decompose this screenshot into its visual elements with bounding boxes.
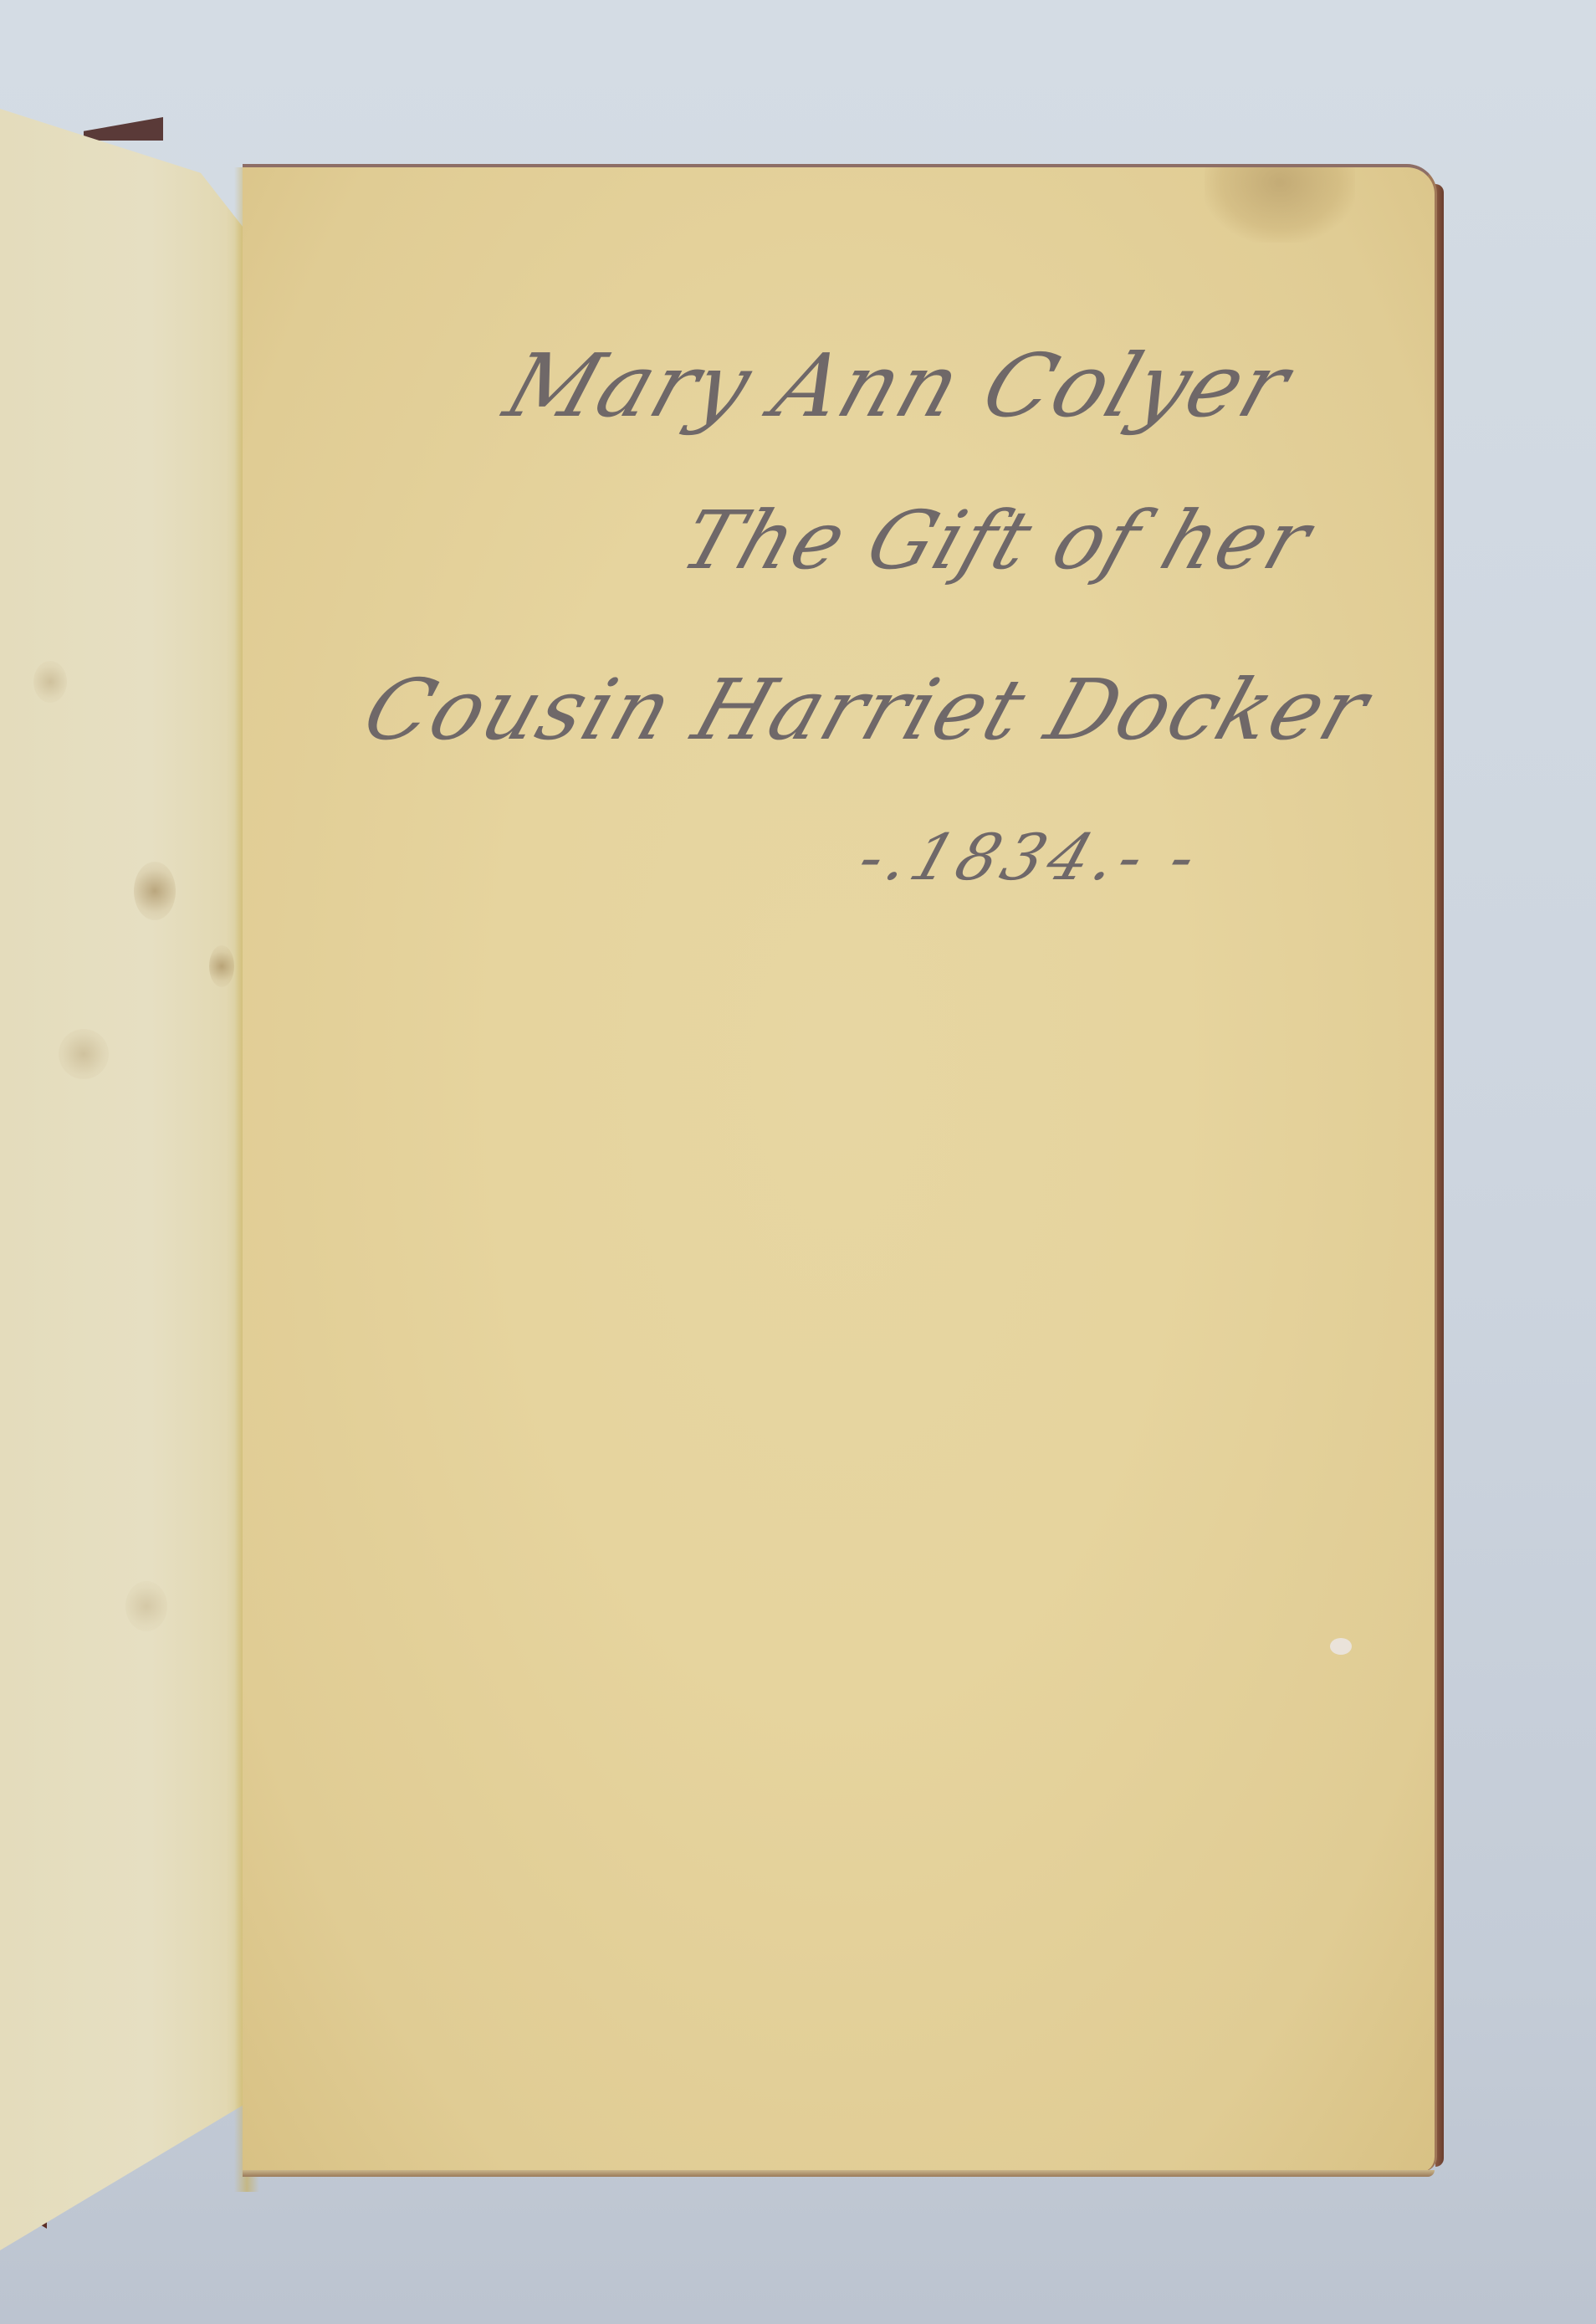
- inscription-gift-line: The Gift of her: [671, 494, 1323, 587]
- photo-scene: Mary Ann Colyer The Gift of her Cousin H…: [0, 0, 1596, 2324]
- page-block-bottom-edge: [243, 2170, 1435, 2177]
- right-page-flyleaf: Mary Ann Colyer The Gift of her Cousin H…: [243, 164, 1437, 2172]
- book-cover-top-corner: [84, 117, 163, 141]
- inscription-owner-name: Mary Ann Colyer: [494, 335, 1302, 437]
- foxing-spot: [134, 862, 176, 920]
- foxing-spot: [209, 945, 234, 987]
- inscription-giver-name: Cousin Harriet Docker: [352, 661, 1381, 759]
- handwritten-inscription: Mary Ann Colyer The Gift of her Cousin H…: [243, 167, 1435, 2172]
- foxing-spot: [59, 1029, 109, 1079]
- inscription-year: -.1834.- -: [850, 820, 1211, 894]
- foxing-spot: [125, 1581, 167, 1631]
- left-page-verso: [0, 109, 251, 2250]
- foxing-spot: [33, 661, 67, 703]
